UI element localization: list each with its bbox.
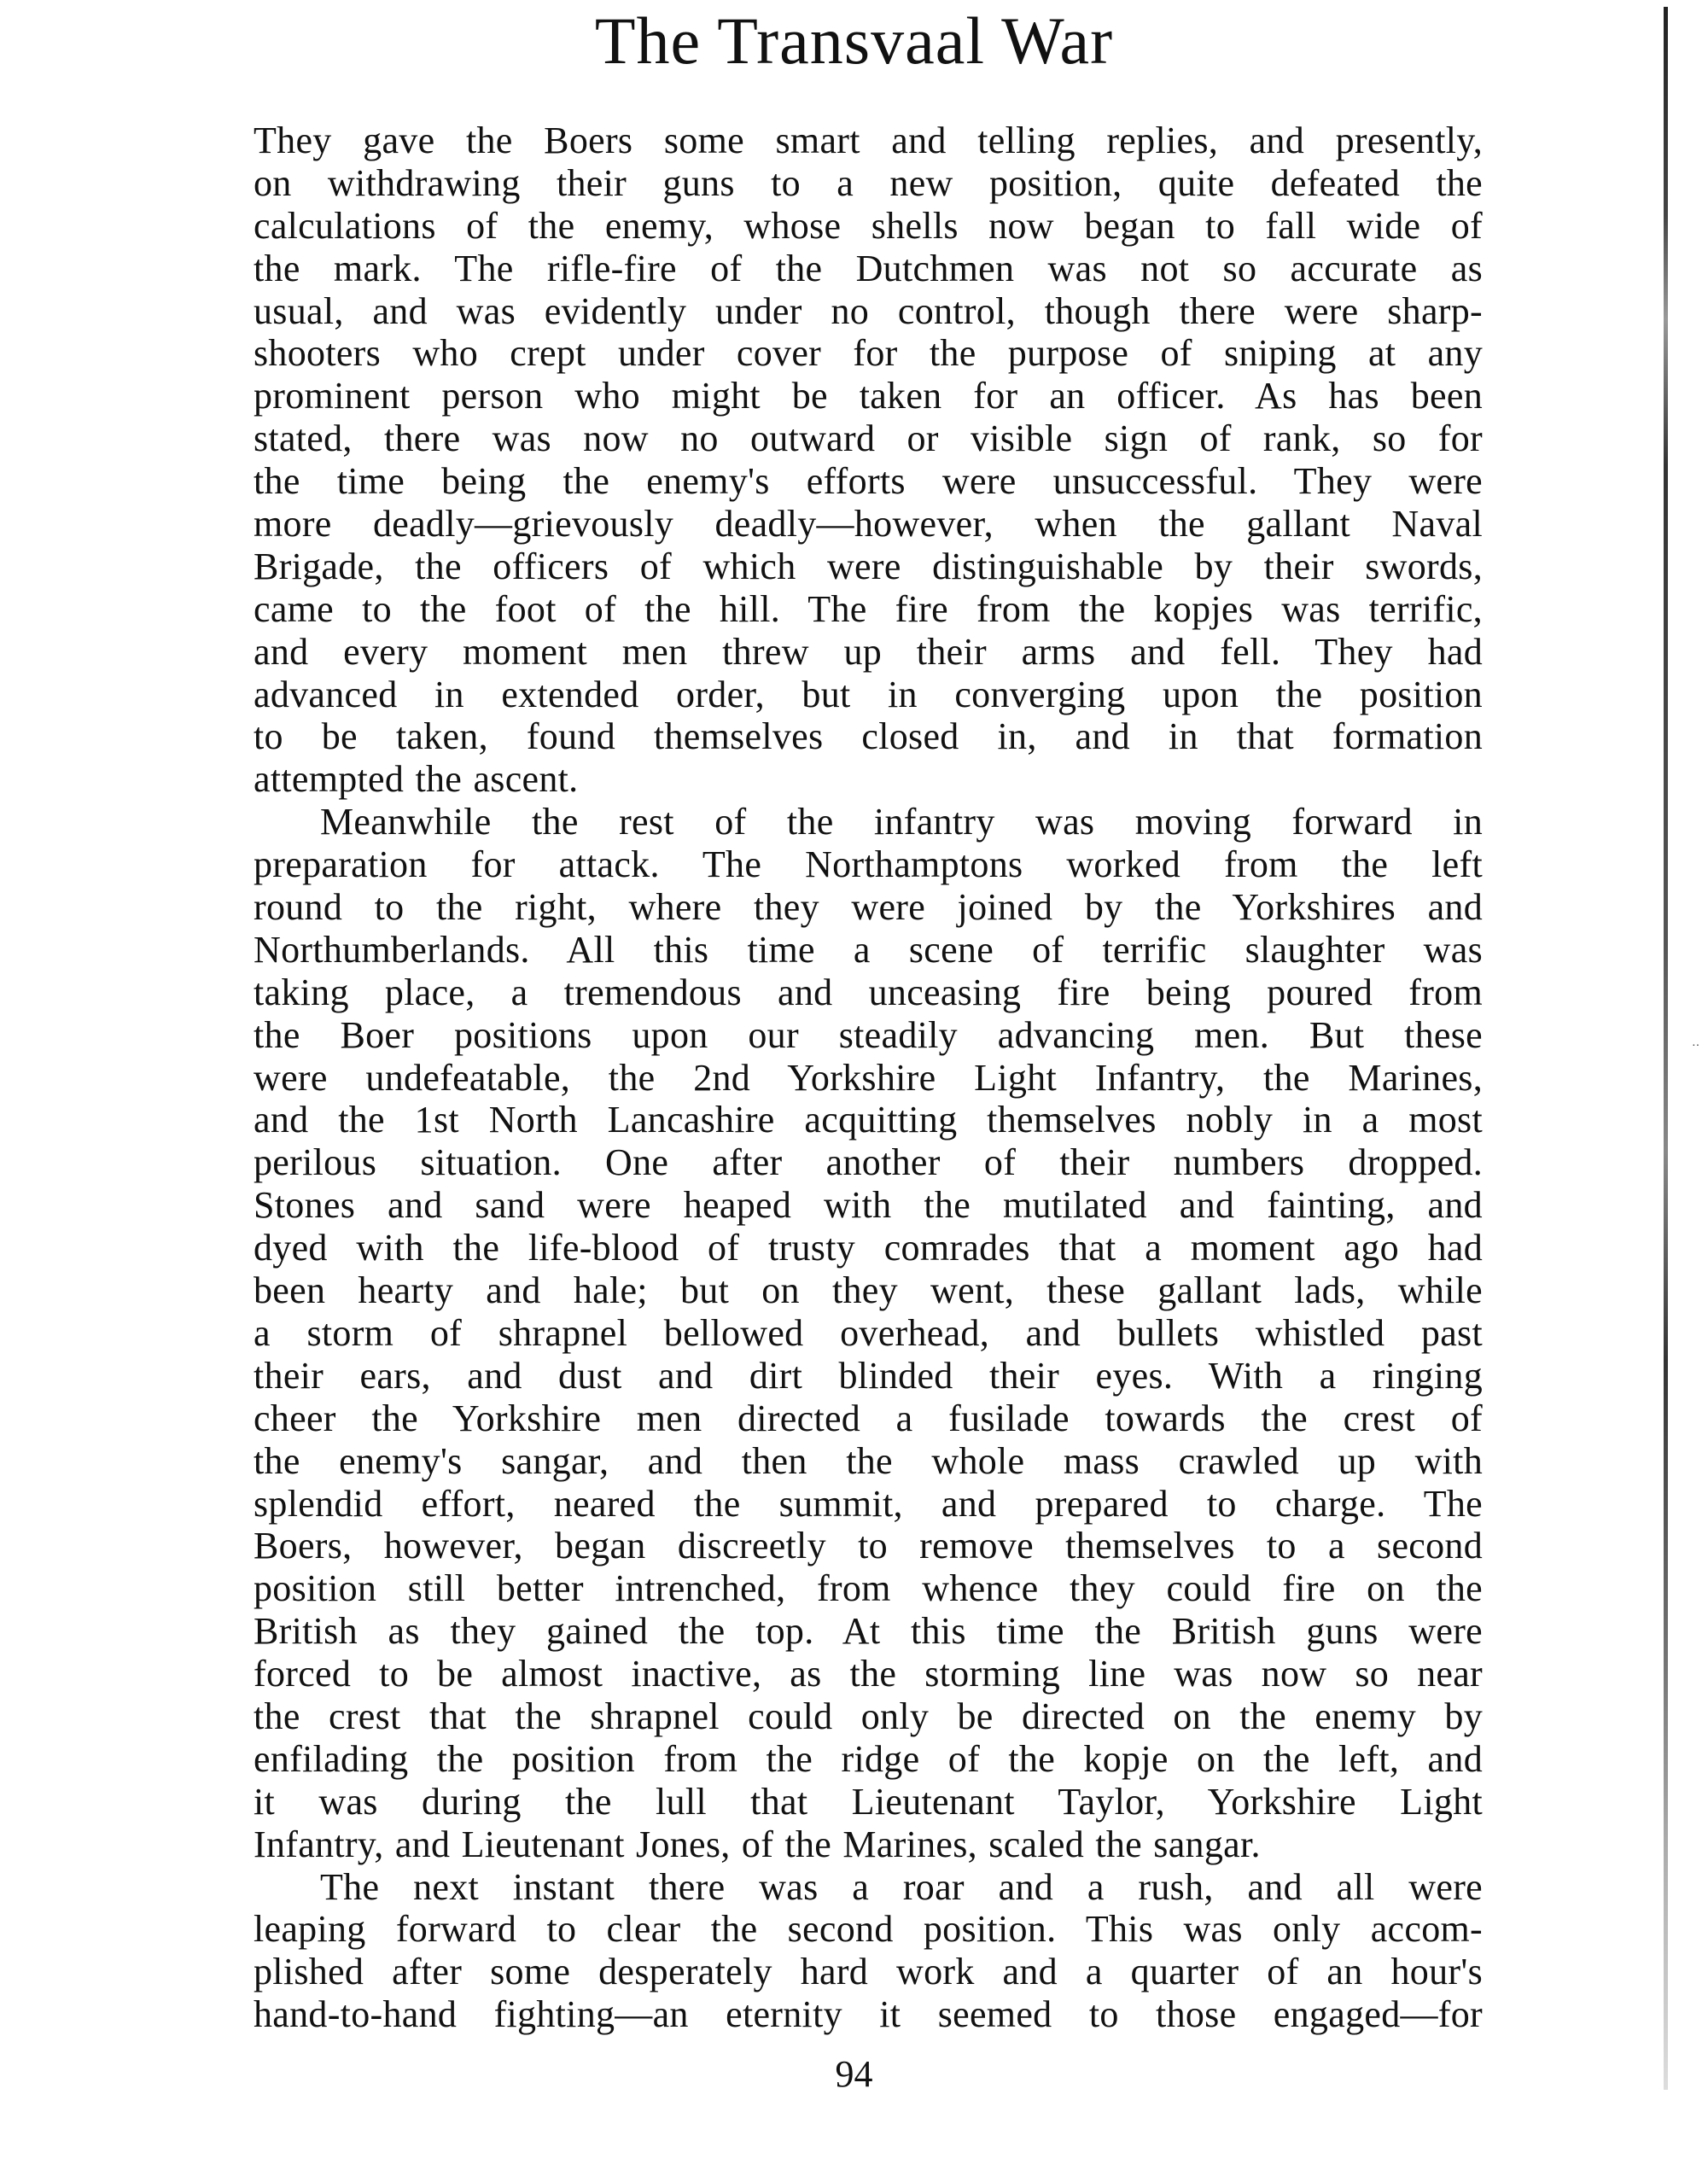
text-line: shooters who crept under cover for the p… bbox=[254, 332, 1483, 375]
text-line: calculations of the enemy, whose shells … bbox=[254, 205, 1483, 248]
text-line: forced to be almost inactive, as the sto… bbox=[254, 1653, 1483, 1695]
scan-artifact: ·· bbox=[1692, 1040, 1699, 1053]
text-line: Infantry, and Lieutenant Jones, of the M… bbox=[254, 1823, 1483, 1866]
text-line: taking place, a tremendous and unceasing… bbox=[254, 971, 1483, 1014]
text-line: Boers, however, began discreetly to remo… bbox=[254, 1525, 1483, 1567]
text-line: enfilading the position from the ridge o… bbox=[254, 1738, 1483, 1781]
text-line: and the 1st North Lancashire acquitting … bbox=[254, 1099, 1483, 1141]
paragraph: The next instant there was a roar and a … bbox=[254, 1866, 1483, 2037]
text-line: the mark. The rifle-fire of the Dutchmen… bbox=[254, 248, 1483, 290]
text-line: British as they gained the top. At this … bbox=[254, 1610, 1483, 1653]
text-line: leaping forward to clear the second posi… bbox=[254, 1908, 1483, 1951]
text-line: position still better intrenched, from w… bbox=[254, 1567, 1483, 1610]
text-line: stated, there was now no outward or visi… bbox=[254, 417, 1483, 460]
text-line: came to the foot of the hill. The fire f… bbox=[254, 588, 1483, 631]
text-line: their ears, and dust and dirt blinded th… bbox=[254, 1355, 1483, 1397]
text-line: advanced in extended order, but in conve… bbox=[254, 674, 1483, 716]
text-line: perilous situation. One after another of… bbox=[254, 1141, 1483, 1184]
text-line: splendid effort, neared the summit, and … bbox=[254, 1483, 1483, 1526]
text-line: to be taken, found themselves closed in,… bbox=[254, 715, 1483, 758]
text-line: preparation for attack. The Northamptons… bbox=[254, 843, 1483, 886]
text-line: the enemy's sangar, and then the whole m… bbox=[254, 1440, 1483, 1483]
text-line: prominent person who might be taken for … bbox=[254, 375, 1483, 417]
text-line: dyed with the life-blood of trusty comra… bbox=[254, 1227, 1483, 1269]
text-line: it was during the lull that Lieutenant T… bbox=[254, 1781, 1483, 1823]
text-line: Meanwhile the rest of the infantry was m… bbox=[254, 801, 1483, 843]
running-head: The Transvaal War bbox=[0, 0, 1708, 82]
text-line: and every moment men threw up their arms… bbox=[254, 631, 1483, 674]
text-line: a storm of shrapnel bellowed overhead, a… bbox=[254, 1312, 1483, 1355]
text-line: attempted the ascent. bbox=[254, 758, 1483, 801]
paragraph: They gave the Boers some smart and telli… bbox=[254, 120, 1483, 801]
text-line: cheer the Yorkshire men directed a fusil… bbox=[254, 1397, 1483, 1440]
text-line: The next instant there was a roar and a … bbox=[254, 1866, 1483, 1909]
page-edge-shadow bbox=[1664, 7, 1668, 2090]
book-page: The Transvaal War They gave the Boers so… bbox=[0, 0, 1708, 2182]
body-text: They gave the Boers some smart and telli… bbox=[254, 120, 1483, 2036]
paragraph: Meanwhile the rest of the infantry was m… bbox=[254, 801, 1483, 1865]
text-line: They gave the Boers some smart and telli… bbox=[254, 120, 1483, 162]
text-line: Stones and sand were heaped with the mut… bbox=[254, 1184, 1483, 1227]
text-line: Northumberlands. All this time a scene o… bbox=[254, 929, 1483, 971]
text-line: hand-to-hand fighting—an eternity it see… bbox=[254, 1993, 1483, 2036]
text-line: been hearty and hale; but on they went, … bbox=[254, 1269, 1483, 1312]
text-line: the time being the enemy's efforts were … bbox=[254, 460, 1483, 503]
text-line: usual, and was evidently under no contro… bbox=[254, 290, 1483, 333]
text-line: Brigade, the officers of which were dist… bbox=[254, 545, 1483, 588]
text-line: round to the right, where they were join… bbox=[254, 886, 1483, 929]
text-line: more deadly—grievously deadly—however, w… bbox=[254, 503, 1483, 545]
page-number: 94 bbox=[0, 2049, 1708, 2100]
text-line: on withdrawing their guns to a new posit… bbox=[254, 162, 1483, 205]
text-line: the crest that the shrapnel could only b… bbox=[254, 1695, 1483, 1738]
text-line: plished after some desperately hard work… bbox=[254, 1951, 1483, 1993]
text-line: the Boer positions upon our steadily adv… bbox=[254, 1014, 1483, 1057]
text-line: were undefeatable, the 2nd Yorkshire Lig… bbox=[254, 1057, 1483, 1100]
